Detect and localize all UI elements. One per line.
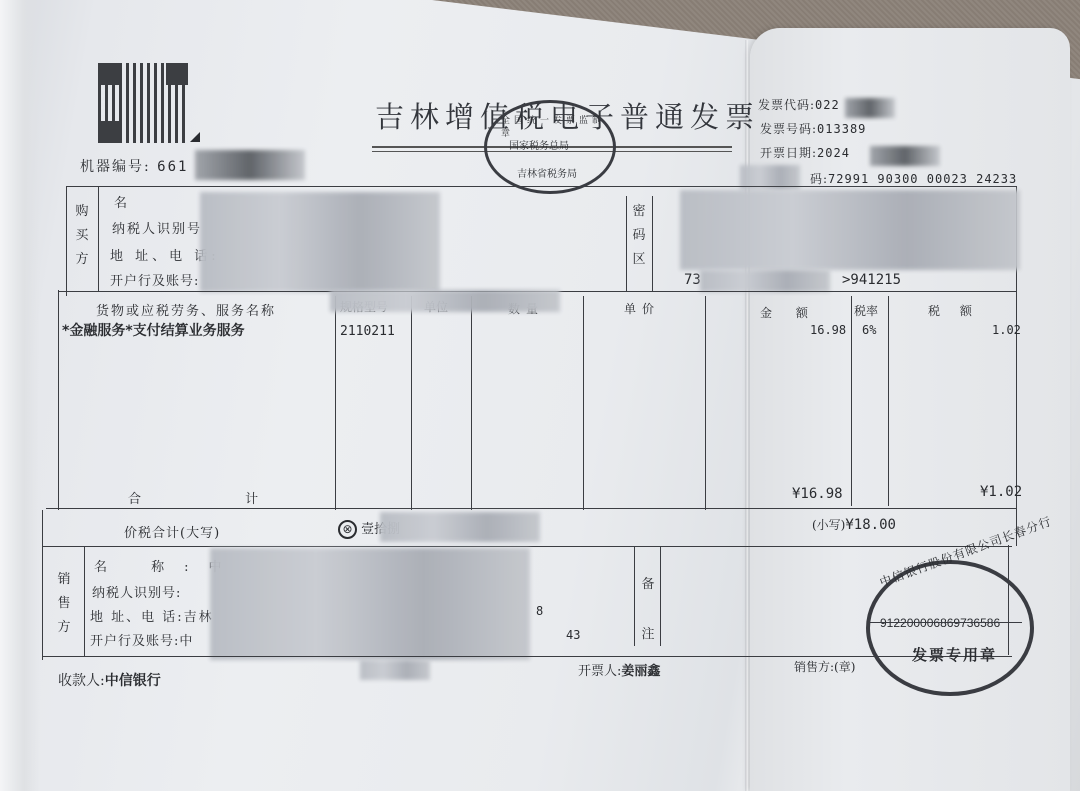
machine-number: 机器编号: 661: [80, 156, 188, 176]
circle-x-icon: ⊗: [338, 520, 357, 539]
grand-total-bottom-border: [42, 546, 1012, 547]
seller-name-label: 名 称:: [94, 560, 209, 575]
payee: 收款人:中信银行: [58, 670, 161, 690]
seller-invoice-seal: 中信银行股份有限公司长春分行 91220000686973658​6 发票专用章: [866, 560, 1034, 696]
remarks-label: 备注: [640, 560, 656, 660]
grand-total-small-label: (小写): [812, 518, 845, 532]
item-tax-rate: 6%: [862, 323, 876, 337]
invoice-number-value: 013389: [817, 122, 866, 136]
seller-bank-value: 中: [179, 634, 193, 649]
invoice-code-value: 022: [815, 98, 840, 112]
redacted-date: [870, 146, 940, 166]
cipher-section-text: 密码区: [632, 204, 645, 267]
machine-number-label: 机器编号:: [80, 159, 151, 175]
col-divider-amount: [705, 296, 706, 510]
remarks-divider-2: [660, 546, 661, 646]
table-border-left-mid: [58, 290, 59, 510]
col-divider-price: [583, 296, 584, 510]
invoice-code: 发票代码:022: [758, 96, 840, 113]
buyer-name-label: 名: [114, 192, 127, 211]
seller-tax-id-label: 纳税人识别号:: [92, 582, 181, 601]
buyer-tax-id-label: 纳税人识别号: [112, 218, 202, 237]
total-bottom-border: [46, 508, 1016, 509]
invoice-date: 开票日期:2024: [760, 144, 850, 161]
buyer-label-divider: [98, 186, 99, 292]
grand-total-small: (小写)¥18.00: [812, 516, 896, 533]
check-code-value: 72991 90300 00023 24233: [828, 172, 1017, 186]
cipher-divider-1: [626, 196, 627, 292]
seller-bank-end: 43: [566, 628, 580, 642]
header-tax-rate: 税率: [854, 302, 878, 319]
seller-address-end: 8: [536, 604, 543, 618]
redacted-uppercase: [380, 512, 540, 542]
payee-label: 收款人:: [58, 673, 105, 689]
seal-label: 发票专用章: [912, 644, 997, 665]
seal-divider: [870, 622, 1022, 623]
redacted-cipher: [680, 190, 1020, 270]
seller-name: 名 称:中: [94, 556, 222, 575]
item-amount: 16.98: [810, 323, 846, 337]
seller-bank: 开户行及账号:中: [90, 630, 193, 649]
col-divider-tax: [888, 296, 889, 506]
redacted-buyer-info: [200, 192, 440, 292]
seal-top-text: 全国统一发票监制章: [501, 113, 613, 139]
invoice-number: 发票号码:013389: [760, 120, 866, 137]
buyer-section-text: 购买方: [75, 204, 88, 267]
paper-curl: [0, 0, 40, 791]
seller-section-label: 销售方: [56, 568, 72, 640]
issuer-value: 姜丽鑫: [621, 664, 660, 679]
item-spec: 2110211: [340, 324, 395, 339]
machine-number-value: 661: [157, 159, 188, 175]
cipher-divider-2: [652, 196, 653, 292]
check-code-label: 码:: [810, 172, 828, 186]
invoice-number-label: 发票号码:: [760, 122, 817, 136]
col-divider-unit: [411, 296, 412, 510]
buyer-bank-label: 开户行及账号:: [110, 270, 199, 289]
issuer: 开票人:姜丽鑫: [578, 660, 660, 679]
qr-corner-mark: [190, 132, 200, 142]
redacted-reviewer: [360, 660, 430, 680]
paper-fold: [745, 40, 748, 791]
seal-tax-id: 91220000686973658​6: [880, 616, 1000, 630]
header-item-name: 货物或应税劳务、服务名称: [96, 300, 276, 319]
cipher-line-end: >941215: [842, 272, 901, 288]
header-amount: 金 额: [760, 304, 818, 321]
seller-label-divider: [84, 546, 85, 656]
table-border-top: [66, 186, 1016, 187]
redacted-header: [330, 290, 560, 312]
item-name: *金融服务*支付结算业务服务: [62, 320, 245, 340]
qr-code: [98, 63, 188, 143]
issuer-label: 开票人:: [578, 664, 621, 679]
table-border-left-bottom: [42, 510, 43, 660]
cipher-line-start: 73: [684, 272, 701, 288]
col-divider-qty: [471, 296, 472, 510]
remarks-label-text: 备注: [641, 577, 654, 642]
invoice-date-value: 2024: [817, 146, 850, 160]
payee-value: 中信银行: [105, 673, 161, 689]
seller-section-text: 销售方: [57, 572, 70, 635]
seller-bank-label: 开户行及账号:: [90, 634, 179, 649]
tax-bureau-seal: 全国统一发票监制章 国家税务总局 吉林省税务局: [484, 100, 616, 194]
col-divider-rate: [851, 296, 852, 506]
invoice-date-label: 开票日期:: [760, 146, 817, 160]
col-divider-spec: [335, 296, 336, 510]
redacted-code: [845, 98, 895, 118]
seal-middle-text: 国家税务总局: [509, 137, 569, 152]
seller-seal-label: 销售方:(章): [794, 658, 855, 675]
redacted-cipher-line: [700, 270, 830, 292]
table-bottom-border: [42, 656, 1012, 657]
remarks-divider-1: [634, 546, 635, 646]
grand-total-label: 价税合计(大写): [124, 522, 220, 541]
seal-bottom-text: 吉林省税务局: [517, 165, 577, 180]
redacted-machine-number: [195, 150, 305, 180]
total-label: 合 计: [128, 488, 308, 507]
total-tax: ¥1.02: [980, 484, 1022, 500]
cipher-section-label: 密码区: [631, 200, 647, 272]
header-tax: 税 额: [928, 302, 980, 319]
grand-total-small-value: ¥18.00: [845, 517, 896, 533]
seller-address-label: 地 址、电 话:: [90, 610, 184, 625]
item-tax: 1.02: [992, 323, 1021, 337]
header-unit-price: 单价: [624, 300, 660, 317]
total-amount: ¥16.98: [792, 486, 843, 502]
buyer-section-label: 购买方: [74, 200, 90, 272]
check-code: 码:72991 90300 00023 24233: [810, 170, 1017, 187]
table-border-left-top: [66, 186, 67, 296]
redacted-seller-info: [210, 548, 530, 660]
seller-address: 地 址、电 话:吉林: [90, 606, 214, 625]
invoice-code-label: 发票代码:: [758, 98, 815, 112]
